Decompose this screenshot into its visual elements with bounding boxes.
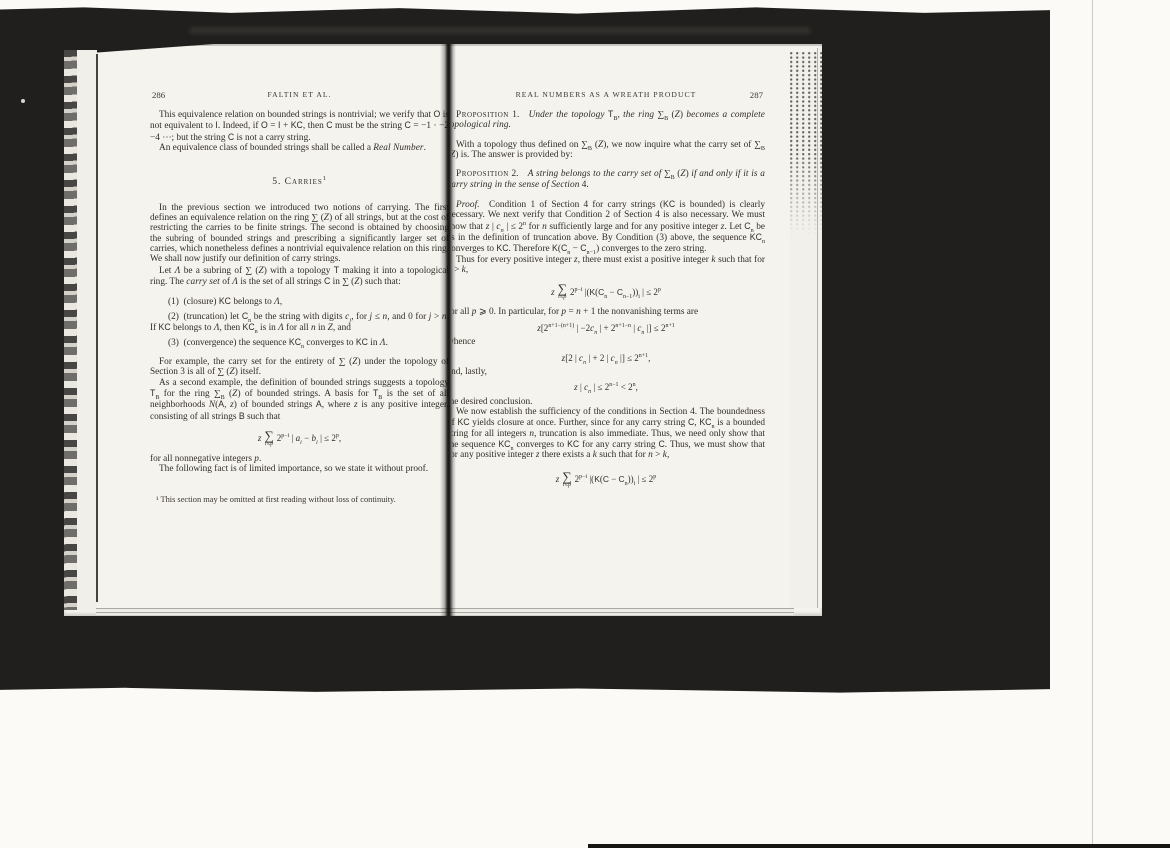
summation-limit: i≤p [563, 482, 572, 488]
sigma-symbol: ∑ [265, 430, 274, 441]
summation: ∑ i≤p [265, 430, 274, 447]
paragraph: An equivalence class of bounded strings … [150, 143, 449, 153]
formula-body: 2p−i |(K(Cn − Cn−1))i | ≤ 2p [570, 287, 661, 297]
paragraph: for all nonnegative integers p. [150, 454, 449, 464]
list-item: (1) (closure) KC belongs to Λ, [150, 296, 449, 307]
paragraph: In the previous section we introduced tw… [150, 203, 449, 265]
page-number-left: 286 [152, 90, 165, 100]
page-left: 286 FALTIN ET AL. This equivalence relat… [150, 90, 449, 505]
summation-limit: i≤p [265, 441, 274, 447]
scan-ghost-streak [190, 27, 810, 34]
summation: ∑ i≤p [562, 471, 571, 488]
paragraph: For example, the carry set for the entir… [150, 357, 449, 378]
formula-body: 2p−i | ai − bi | ≤ 2p, [277, 433, 341, 443]
left-page-crease [96, 54, 98, 602]
page-right: REAL NUMBERS AS A WREATH PRODUCT 287 Pro… [452, 90, 765, 495]
running-head-right: REAL NUMBERS AS A WREATH PRODUCT [516, 90, 697, 99]
paragraph: As a second example, the definition of b… [150, 378, 449, 422]
proposition-1: Proposition 1. Under the topology TB, th… [452, 109, 765, 131]
display-formula: z ∑ i≤p 2p−i | ai − bi | ≤ 2p, [150, 430, 449, 447]
right-running-head-row: REAL NUMBERS AS A WREATH PRODUCT 287 [452, 90, 765, 102]
paragraph: This equivalence relation on bounded str… [150, 109, 449, 143]
display-formula: z[2n+1−(n+1) | −2cn | + 2n+1−n | cn |] ≤… [452, 323, 765, 333]
formula-prefix: z [551, 287, 555, 297]
scan-speck [21, 99, 25, 103]
display-formula: z ∑ i≤p 2p−i |(K(C − Cn))i | ≤ 2p [452, 471, 765, 488]
list-item: (2) (truncation) let Cn be the string wi… [150, 311, 449, 334]
sigma-symbol: ∑ [562, 471, 571, 482]
display-formula: z ∑ i≤p 2p−i |(K(Cn − Cn−1))i | ≤ 2p [452, 283, 765, 300]
paragraph: We now establish the sufficiency of the … [452, 407, 765, 461]
display-formula: z | cn | ≤ 2n−1 < 2n, [452, 382, 765, 392]
book-spine-shadow [440, 44, 456, 616]
book-spread: 286 FALTIN ET AL. This equivalence relat… [64, 44, 822, 616]
proof-paragraph: Proof. Condition 1 of Section 4 for carr… [452, 199, 765, 255]
sigma-symbol: ∑ [558, 283, 567, 294]
formula-prefix: z [556, 474, 560, 484]
list-item: (3) (convergence) the sequence KCn conve… [150, 337, 449, 348]
scan-bottom-edge-line [588, 844, 1170, 848]
paragraph: for all p ⩾ 0. In particular, for p = n … [452, 307, 765, 317]
proposition-2: Proposition 2. A string belongs to the c… [452, 169, 765, 190]
paragraph: The following fact is of limited importa… [150, 464, 449, 474]
page-right-clipped-column: REAL NUMBERS AS A WREATH PRODUCT 287 Pro… [452, 90, 765, 488]
paragraph: the desired conclusion. [452, 397, 765, 407]
paragraph: With a topology thus defined on ∑B (Z), … [452, 140, 765, 161]
left-page-edge-stack [64, 50, 97, 610]
section-heading: 5. Carries1 [150, 177, 449, 187]
summation-limit: i≤p [558, 294, 567, 300]
paragraph: Let Λ be a subring of ∑ (Z) with a topol… [150, 265, 449, 288]
paragraph: Thus for every positive integer z, there… [452, 255, 765, 276]
summation: ∑ i≤p [558, 283, 567, 300]
paragraph: whence [452, 337, 765, 347]
left-running-head-row: 286 FALTIN ET AL. [150, 90, 449, 102]
running-head-left: FALTIN ET AL. [267, 90, 331, 99]
right-page-edge-line [817, 48, 818, 608]
copy-paper-edge-line [1092, 0, 1093, 848]
page-number-right: 287 [750, 90, 763, 100]
formula-prefix: z [258, 433, 262, 443]
display-formula: z[2 | cn | + 2 | cn |] ≤ 2n+1, [452, 353, 765, 363]
formula-body: 2p−i |(K(C − Cn))i | ≤ 2p [575, 474, 657, 484]
paragraph: and, lastly, [452, 367, 765, 377]
footnote: ¹ This section may be omitted at first r… [150, 495, 449, 505]
